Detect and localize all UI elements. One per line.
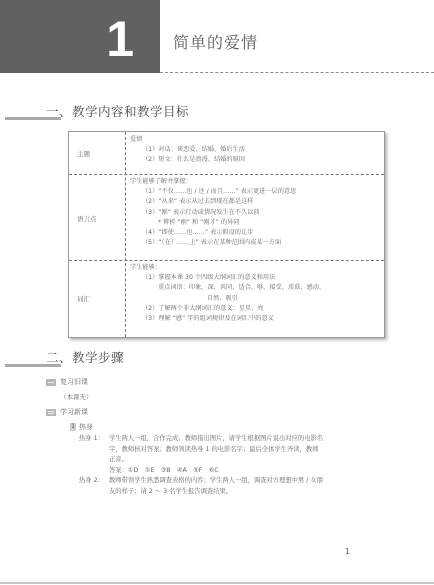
text-line: （3）理解 “感” 字的组词规律及在词汇中的意义 (130, 314, 380, 324)
text-line: 友的样子；请 2 ～ 3 名学生报告调查结果。 (109, 487, 323, 498)
table-row-grammar: 语言点 学生能够了解并掌握： （1）“不仅……也 / 还 / 而且……” 表示更… (69, 174, 384, 261)
step-review: 复习旧课 (46, 377, 88, 387)
text-line: （1）对话：谈恋爱、结婚、婚后生活 (130, 145, 380, 155)
row-label: 主题 (77, 149, 90, 158)
text-line: 爱情 (130, 135, 380, 145)
substep-label: 热身 (79, 423, 93, 431)
chapter-number-block: 1 (0, 0, 160, 73)
text-line: 自然、吸引 (130, 294, 380, 304)
chapter-number: 1 (106, 14, 134, 64)
text-line: 字，教师核对答案；教师领读热身 1 的电影名字；最后全体学生齐读，教师 (109, 445, 323, 456)
warmup-1-label: 热身 1： (79, 434, 104, 445)
page-bottom-edge (0, 582, 434, 584)
text-line: （3）“刚” 表示行动或情况发生在不久以前 (130, 208, 380, 218)
step-new-lesson: 学习新课 (46, 407, 88, 417)
text-line: 学生能够了解并掌握： (130, 177, 380, 187)
text-line: * 辨析 “刚” 和 “刚才” 的异同 (130, 218, 380, 228)
step-label: 学习新课 (60, 408, 88, 416)
page-number: 1 (345, 547, 350, 556)
table-row-vocabulary: 词汇 学生能够： （1）掌握本课 30 个四级大纲词汇的意义和用法 重点词语：印… (69, 260, 384, 337)
text-line: （4）“即使……也……” 表示假设的让步 (130, 228, 380, 238)
row-label: 语言点 (77, 214, 97, 223)
text-line: 学生两人一组，合作完成；教师指出图片，请学生根据图片说出对应的电影名 (109, 434, 323, 445)
text-line: 重点词语：印象、深、共同、适合、够、接受、羡慕、感动、 (130, 283, 380, 293)
header-divider (160, 72, 434, 73)
step-badge-two-icon (46, 409, 56, 416)
text-line: （1）掌握本课 30 个四级大纲词汇的意义和用法 (130, 273, 380, 283)
text-line: （5）“（在）……上” 表示在某种范围内或某一方面 (130, 238, 380, 248)
text-line: （2）“从来” 表示从过去到现在都是这样 (130, 197, 380, 207)
row-content: 爱情 （1）对话：谈恋爱、结婚、婚后生活 （2）短文：什么是浪漫、结婚的原因 (130, 135, 380, 166)
step-label: 复习旧课 (60, 378, 88, 386)
substep-number: 1 (70, 423, 76, 431)
step-badge-one-icon (46, 379, 56, 386)
warmup-2-label: 热身 2： (79, 476, 104, 487)
text-line: （2）短文：什么是浪漫、结婚的原因 (130, 155, 380, 165)
text-line: 正音。 (109, 455, 323, 466)
step-note: （本课无） (60, 392, 93, 401)
text-line: （2）了解两个非大纲词汇的意义：星星、亮 (130, 304, 380, 314)
warmup-1-answer: 答案：①D ②E ③B ④A ⑤F ⑥C (109, 466, 323, 477)
text-line: 学生能够： (130, 263, 380, 273)
warmup-2-text: 教师带领学生熟悉调查表格的内容；学生两人一组，调查对方理想中男 / 女朋 友的样… (109, 476, 323, 497)
row-label: 词汇 (77, 294, 90, 303)
table-row-theme: 主题 爱情 （1）对话：谈恋爱、结婚、婚后生活 （2）短文：什么是浪漫、结婚的原… (69, 132, 384, 175)
warmup-1-text: 学生两人一组，合作完成；教师指出图片，请学生根据图片说出对应的电影名 字，教师核… (109, 434, 323, 476)
row-content: 学生能够： （1）掌握本课 30 个四级大纲词汇的意义和用法 重点词语：印象、深… (130, 263, 380, 324)
goals-table: 主题 爱情 （1）对话：谈恋爱、结婚、婚后生活 （2）短文：什么是浪漫、结婚的原… (68, 131, 385, 338)
section-title-teaching-steps: 二、教学步骤 (46, 348, 124, 366)
chapter-title: 简单的爱情 (173, 30, 258, 53)
substep-warmup: 1热身 (70, 422, 93, 432)
text-line: 教师带领学生熟悉调查表格的内容；学生两人一组，调查对方理想中男 / 女朋 (109, 476, 323, 487)
section-title-content-goals: 一、教学内容和教学目标 (46, 102, 189, 120)
row-content: 学生能够了解并掌握： （1）“不仅……也 / 还 / 而且……” 表示更进一层的… (130, 177, 380, 248)
text-line: （1）“不仅……也 / 还 / 而且……” 表示更进一层的意思 (130, 187, 380, 197)
